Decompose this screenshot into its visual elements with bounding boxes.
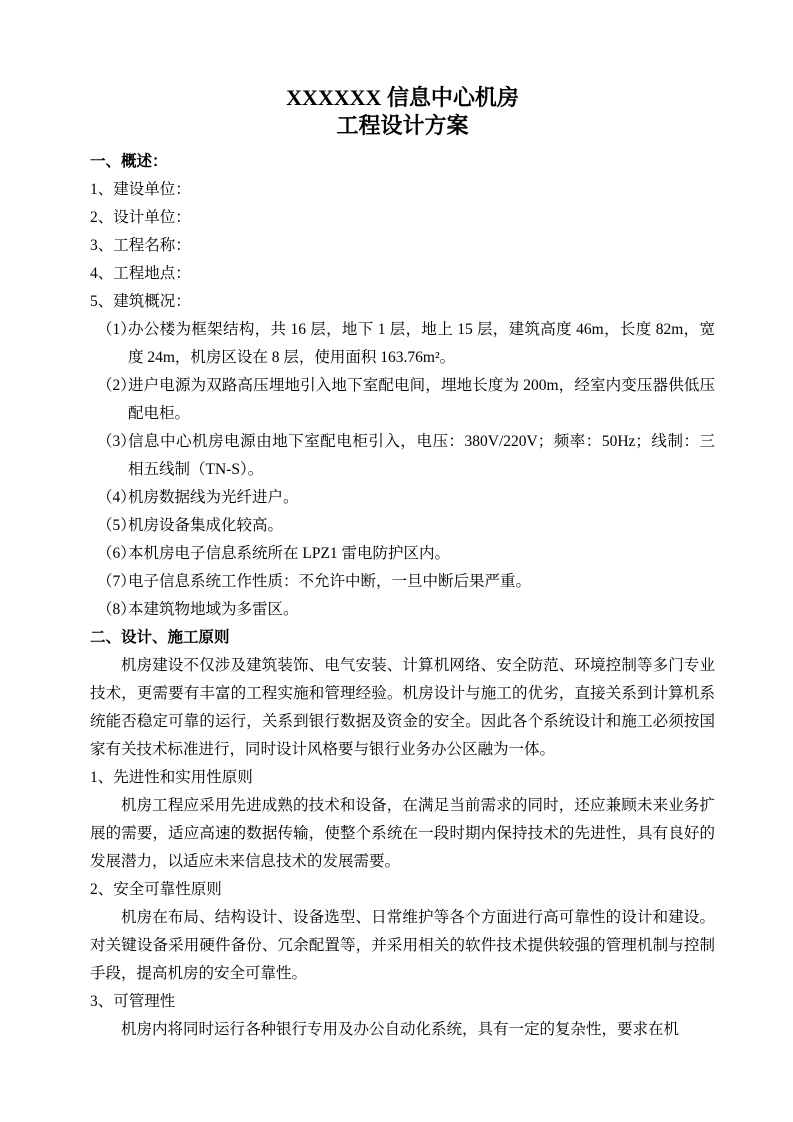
list-item-construction-unit: 1、建设单位： (90, 176, 715, 204)
building-item-2-text: 进户电源为双路高压埋地引入地下室配电间，埋地长度为 200m，经室内变压器供低压… (128, 377, 715, 422)
principle-2-body: 机房在布局、结构设计、设备选型、日常维护等各个方面进行高可靠性的设计和建设。对关… (90, 904, 715, 988)
building-item-6-text: 本机房电子信息系统所在 LPZ1 雷电防护区内。 (128, 545, 450, 562)
section-1-heading: 一、概述： (90, 148, 715, 176)
building-item-8-text: 本建筑物地域为多雷区。 (128, 601, 299, 618)
building-item-4-marker: （4） (97, 484, 136, 512)
section-2-intro-paragraph: 机房建设不仅涉及建筑装饰、电气安装、计算机网络、安全防范、环境控制等多门专业技术… (90, 652, 715, 764)
building-item-6: （6） 本机房电子信息系统所在 LPZ1 雷电防护区内。 (90, 540, 715, 568)
list-item-project-location: 4、工程地点： (90, 260, 715, 288)
title-line-1: XXXXXX 信息中心机房 (90, 84, 715, 112)
building-item-7: （7） 电子信息系统工作性质：不允许中断，一旦中断后果严重。 (90, 568, 715, 596)
building-item-5-text: 机房设备集成化较高。 (128, 517, 283, 534)
building-item-3-marker: （3） (97, 428, 136, 456)
list-item-design-unit: 2、设计单位： (90, 204, 715, 232)
building-item-1-text: 办公楼为框架结构，共 16 层，地下 1 层，地上 15 层，建筑高度 46m，… (128, 321, 715, 366)
building-item-5: （5） 机房设备集成化较高。 (90, 512, 715, 540)
building-item-8: （8） 本建筑物地域为多雷区。 (90, 596, 715, 624)
building-item-3-text: 信息中心机房电源由地下室配电柜引入，电压：380V/220V；频率：50Hz；线… (128, 433, 715, 478)
list-item-project-name: 3、工程名称： (90, 232, 715, 260)
building-item-4-text: 机房数据线为光纤进户。 (128, 489, 299, 506)
building-item-7-marker: （7） (97, 568, 136, 596)
building-item-2: （2） 进户电源为双路高压埋地引入地下室配电间，埋地长度为 200m，经室内变压… (90, 372, 715, 428)
building-item-2-marker: （2） (97, 372, 136, 400)
document-page: XXXXXX 信息中心机房 工程设计方案 一、概述： 1、建设单位： 2、设计单… (0, 0, 793, 1122)
principle-3-body: 机房内将同时运行各种银行专用及办公自动化系统，具有一定的复杂性，要求在机 (90, 1016, 715, 1044)
list-item-building-overview: 5、建筑概况： (90, 288, 715, 316)
building-item-1: （1） 办公楼为框架结构，共 16 层，地下 1 层，地上 15 层，建筑高度 … (90, 316, 715, 372)
section-2-heading: 二、设计、施工原则 (90, 624, 715, 652)
principle-3-heading: 3、可管理性 (90, 988, 715, 1016)
title-line-2: 工程设计方案 (90, 112, 715, 140)
principle-1-body: 机房工程应采用先进成熟的技术和设备，在满足当前需求的同时，还应兼顾未来业务扩展的… (90, 792, 715, 876)
principle-2-heading: 2、安全可靠性原则 (90, 876, 715, 904)
building-item-5-marker: （5） (97, 512, 136, 540)
building-item-6-marker: （6） (97, 540, 136, 568)
document-title: XXXXXX 信息中心机房 工程设计方案 (90, 84, 715, 140)
building-item-8-marker: （8） (97, 596, 136, 624)
principle-1-heading: 1、先进性和实用性原则 (90, 764, 715, 792)
document-content: XXXXXX 信息中心机房 工程设计方案 一、概述： 1、建设单位： 2、设计单… (0, 0, 793, 1044)
building-item-1-marker: （1） (97, 316, 136, 344)
building-item-7-text: 电子信息系统工作性质：不允许中断，一旦中断后果严重。 (128, 573, 531, 590)
building-item-4: （4） 机房数据线为光纤进户。 (90, 484, 715, 512)
building-item-3: （3） 信息中心机房电源由地下室配电柜引入，电压：380V/220V；频率：50… (90, 428, 715, 484)
